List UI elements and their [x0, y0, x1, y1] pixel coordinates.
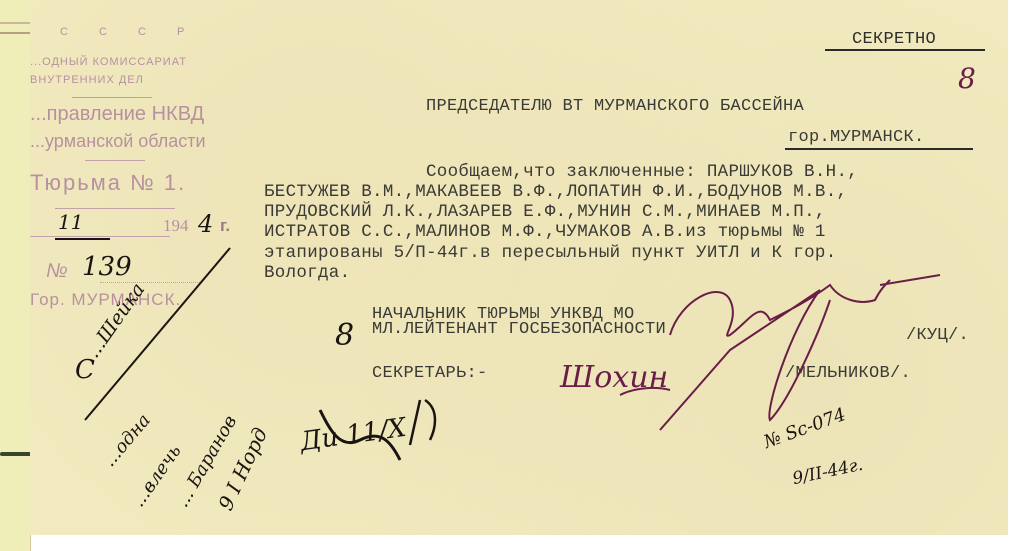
handwriting-strokes [30, 0, 1008, 535]
binding-edge [0, 22, 30, 24]
binding-edge [0, 32, 30, 34]
left-binding-strip [0, 0, 31, 551]
document-page: С С С Р ...ОДНЫЙ КОМИССАРИАТ ВНУТРЕННИХ … [30, 0, 1008, 535]
